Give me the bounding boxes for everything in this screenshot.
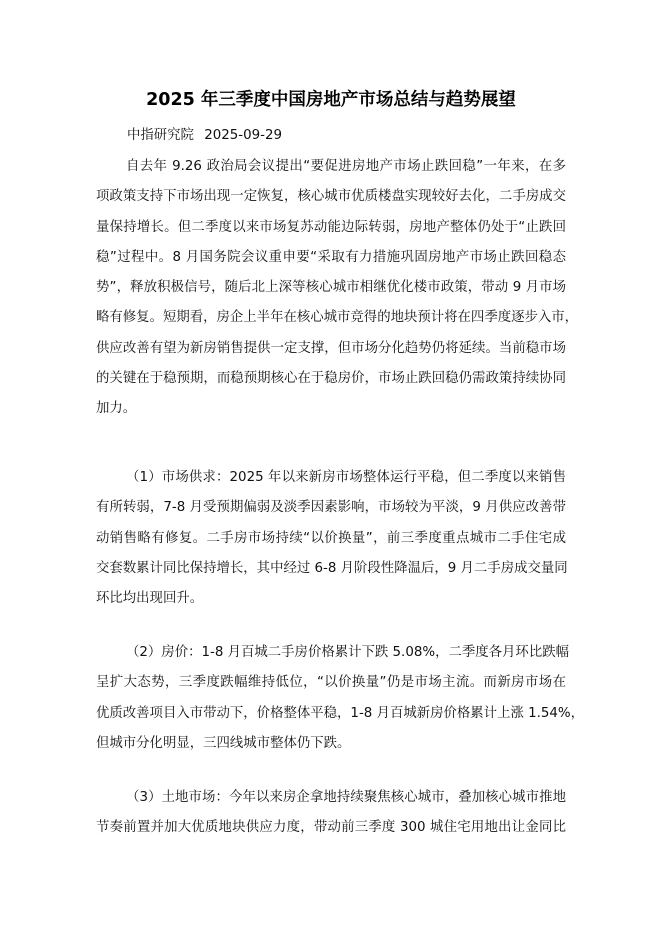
paragraph-line: 势”，释放积极信号，随后北上深等核心城市相继优化楼市政策，带动 9 月市场 xyxy=(96,273,566,303)
paragraph-line: 但城市分化明显，三四线城市整体仍下跌。 xyxy=(96,729,566,759)
date-label: 2025-09-29 xyxy=(204,128,282,143)
paragraph-line: 优质改善项目入市带动下，价格整体平稳，1-8 月百城新房价格累计上涨 1.54%… xyxy=(96,699,566,729)
paragraph-line: （2）房价：1-8 月百城二手房价格累计下跌 5.08%，二季度各月环比跌幅 xyxy=(96,638,566,668)
source-label: 中指研究院 xyxy=(127,128,194,143)
paragraph-line: 呈扩大态势，三季度跌幅维持低位，“以价换量”仍是市场主流。而新房市场在 xyxy=(96,668,566,698)
paragraph-line: 自去年 9.26 政治局会议提出“要促进房地产市场止跌回稳”一年来，在多 xyxy=(96,152,566,182)
paragraph-line: 加力。 xyxy=(96,394,566,424)
paragraph-line: 节奏前置并加大优质地块供应力度，带动前三季度 300 城住宅用地出让金同比 xyxy=(96,813,566,843)
paragraph-housing-prices: （2）房价：1-8 月百城二手房价格累计下跌 5.08%，二季度各月环比跌幅 呈… xyxy=(96,638,566,759)
paragraph-line: 略有修复。短期看，房企上半年在核心城市竞得的地块预计将在四季度逐步入市， xyxy=(96,303,566,333)
paragraph-line: 量保持增长。但二季度以来市场复苏动能边际转弱，房地产整体仍处于“止跌回 xyxy=(96,213,566,243)
paragraph-line: 环比均出现回升。 xyxy=(96,584,566,614)
paragraph-line: 供应改善有望为新房销售提供一定支撑，但市场分化趋势仍将延续。当前稳市场 xyxy=(96,334,566,364)
paragraph-line: 的关键在于稳预期，而稳预期核心在于稳房价，市场止跌回稳仍需政策持续协同 xyxy=(96,364,566,394)
paragraph-line: 动销售略有修复。二手房市场持续“以价换量”，前三季度重点城市二手住宅成 xyxy=(96,524,566,554)
paragraph-land-market: （3）土地市场：今年以来房企拿地持续聚焦核心城市，叠加核心城市推地 节奏前置并加… xyxy=(96,783,566,844)
paragraph-line: （1）市场供求：2025 年以来新房市场整体运行平稳，但二季度以来销售 xyxy=(96,463,566,493)
paragraph-line: 交套数累计同比保持增长，其中经过 6-8 月阶段性降温后，9 月二手房成交量同 xyxy=(96,554,566,584)
document-page: 2025 年三季度中国房地产市场总结与趋势展望 中指研究院 2025-09-29… xyxy=(0,0,662,936)
document-title: 2025 年三季度中国房地产市场总结与趋势展望 xyxy=(0,89,662,111)
paragraph-line: （3）土地市场：今年以来房企拿地持续聚焦核心城市，叠加核心城市推地 xyxy=(96,783,566,813)
document-meta: 中指研究院 2025-09-29 xyxy=(127,127,282,145)
paragraph-line: 有所转弱，7-8 月受预期偏弱及淡季因素影响，市场较为平淡，9 月供应改善带 xyxy=(96,493,566,523)
paragraph-intro: 自去年 9.26 政治局会议提出“要促进房地产市场止跌回稳”一年来，在多 项政策… xyxy=(96,152,566,425)
paragraph-line: 稳”过程中。8 月国务院会议重申要“采取有力措施巩固房地产市场止跌回稳态 xyxy=(96,243,566,273)
paragraph-market-supply-demand: （1）市场供求：2025 年以来新房市场整体运行平稳，但二季度以来销售 有所转弱… xyxy=(96,463,566,614)
paragraph-line: 项政策支持下市场出现一定恢复，核心城市优质楼盘实现较好去化，二手房成交 xyxy=(96,182,566,212)
